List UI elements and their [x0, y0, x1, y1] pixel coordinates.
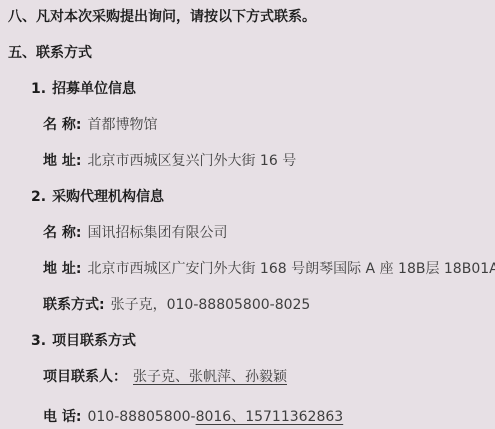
project-phone-label: 电 话: — [43, 409, 81, 425]
purchaser-address-row: 地 址:北京市西城区复兴门外大街 16 号 — [43, 152, 495, 171]
inquiry-note: 八、凡对本次采购提出询问，请按以下方式联系。 — [8, 8, 495, 27]
agency-contact-row: 联系方式:张子克，010-88805800-8025 — [43, 296, 495, 315]
agency-contact-label: 联系方式: — [43, 297, 105, 313]
project-contacts-row: 项目联系人：张子克、张帆萍、孙毅颖 — [43, 368, 495, 387]
subsection-2-title: 2.采购代理机构信息 — [31, 188, 495, 207]
agency-address-row: 地 址:北京市西城区广安门外大街 168 号朗琴国际 A 座 18B层 18B0… — [43, 260, 495, 279]
agency-address-label: 地 址: — [43, 261, 81, 277]
agency-name-row: 名 称:国讯招标集团有限公司 — [43, 224, 495, 243]
purchaser-address-label: 地 址: — [43, 153, 81, 169]
subsection-2-number: 2. — [31, 189, 46, 205]
agency-contact-value: 张子克，010-88805800-8025 — [111, 297, 311, 313]
subsection-3-title: 3.项目联系方式 — [31, 332, 495, 351]
agency-name-label: 名 称: — [43, 225, 81, 241]
subsection-1-label: 招募单位信息 — [52, 81, 136, 97]
subsection-3-label: 项目联系方式 — [52, 333, 136, 349]
subsection-3-number: 3. — [31, 333, 46, 349]
project-contacts-label: 项目联系人： — [43, 369, 127, 385]
project-phone-row: 电 话:010-88805800-8016、15711362863 — [43, 408, 495, 427]
purchaser-address-value: 北京市西城区复兴门外大街 16 号 — [87, 153, 296, 169]
contact-section-title: 五、联系方式 — [8, 44, 495, 63]
purchaser-name-row: 名 称:首都博物馆 — [43, 116, 495, 135]
project-contacts-names: 张子克、张帆萍、孙毅颖 — [133, 369, 287, 385]
project-phone-numbers: 8016、15711362863 — [196, 409, 344, 425]
agency-name-value: 国讯招标集团有限公司 — [87, 225, 227, 241]
agency-address-value: 北京市西城区广安门外大街 168 号朗琴国际 A 座 18B层 18B01A室 — [87, 261, 495, 277]
subsection-1-title: 1.招募单位信息 — [31, 80, 495, 99]
purchaser-name-value: 首都博物馆 — [87, 117, 157, 133]
subsection-2-label: 采购代理机构信息 — [52, 189, 164, 205]
procurement-contact-document: 八、凡对本次采购提出询问，请按以下方式联系。 五、联系方式 1.招募单位信息 名… — [0, 8, 495, 429]
purchaser-name-label: 名 称: — [43, 117, 81, 133]
subsection-1-number: 1. — [31, 81, 46, 97]
project-phone-prefix: 010-88805800- — [87, 409, 195, 425]
